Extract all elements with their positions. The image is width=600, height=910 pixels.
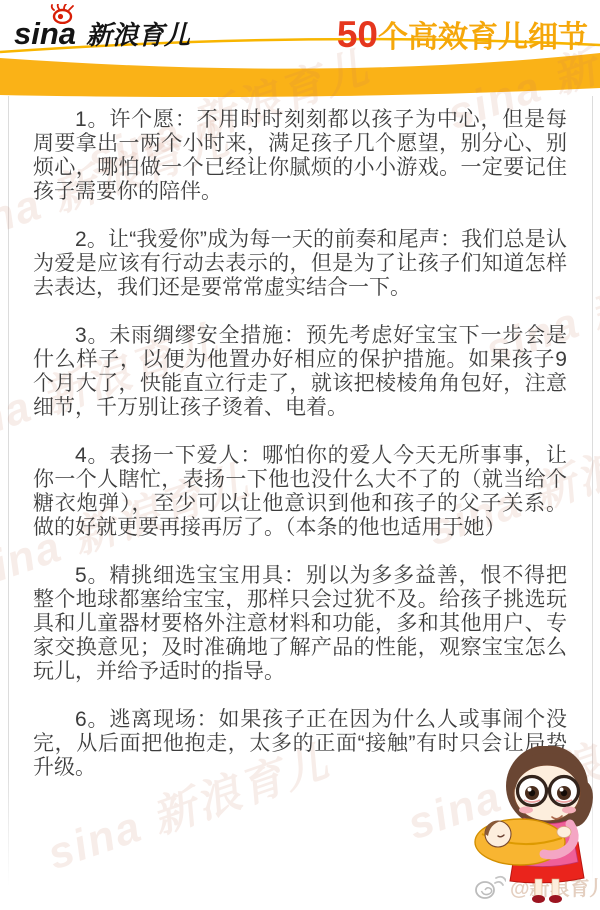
sina-logo: sina 新浪育儿 bbox=[14, 8, 190, 49]
paragraph-1: 1。许个愿：不用时时刻刻都以孩子为中心，但是每周要拿出一两个小时来，满足孩子几个… bbox=[33, 108, 567, 204]
title-number: 50 bbox=[337, 14, 378, 55]
title-text: 个高效育儿细节 bbox=[378, 21, 588, 54]
paragraph-3: 3。未雨绸缪安全措施：预先考虑好宝宝下一步会是什么样子，以便为他置办好相应的保护… bbox=[33, 324, 567, 420]
page-title: 50个高效育儿细节 bbox=[337, 8, 588, 53]
logo-suffix-text: 新浪育儿 bbox=[86, 22, 190, 48]
paragraph-4: 4。表扬一下爱人：哪怕你的爱人今天无所事事，让你一个人瞎忙，表扬一下他也没什么大… bbox=[33, 444, 567, 540]
article-body: 1。许个愿：不用时时刻刻都以孩子为中心，但是每周要拿出一两个小时来，满足孩子几个… bbox=[33, 108, 567, 804]
paragraph-5: 5。精挑细选宝宝用具：别以为多多益善，恨不得把整个地球都塞给宝宝，那样只会过犹不… bbox=[33, 564, 567, 684]
left-border-line bbox=[8, 96, 9, 886]
paragraph-2: 2。让“我爱你”成为每一天的前奏和尾声：我们总是认为爱是应该有行动去表示的，但是… bbox=[33, 228, 567, 300]
header: sina 新浪育儿 50个高效育儿细节 bbox=[14, 8, 588, 60]
page: sina 新浪育儿 sina 新浪育儿 sina 新浪育儿 sina 新浪育儿 … bbox=[0, 0, 600, 910]
mother-baby-illustration bbox=[448, 746, 596, 908]
sina-eye-icon bbox=[50, 4, 76, 24]
